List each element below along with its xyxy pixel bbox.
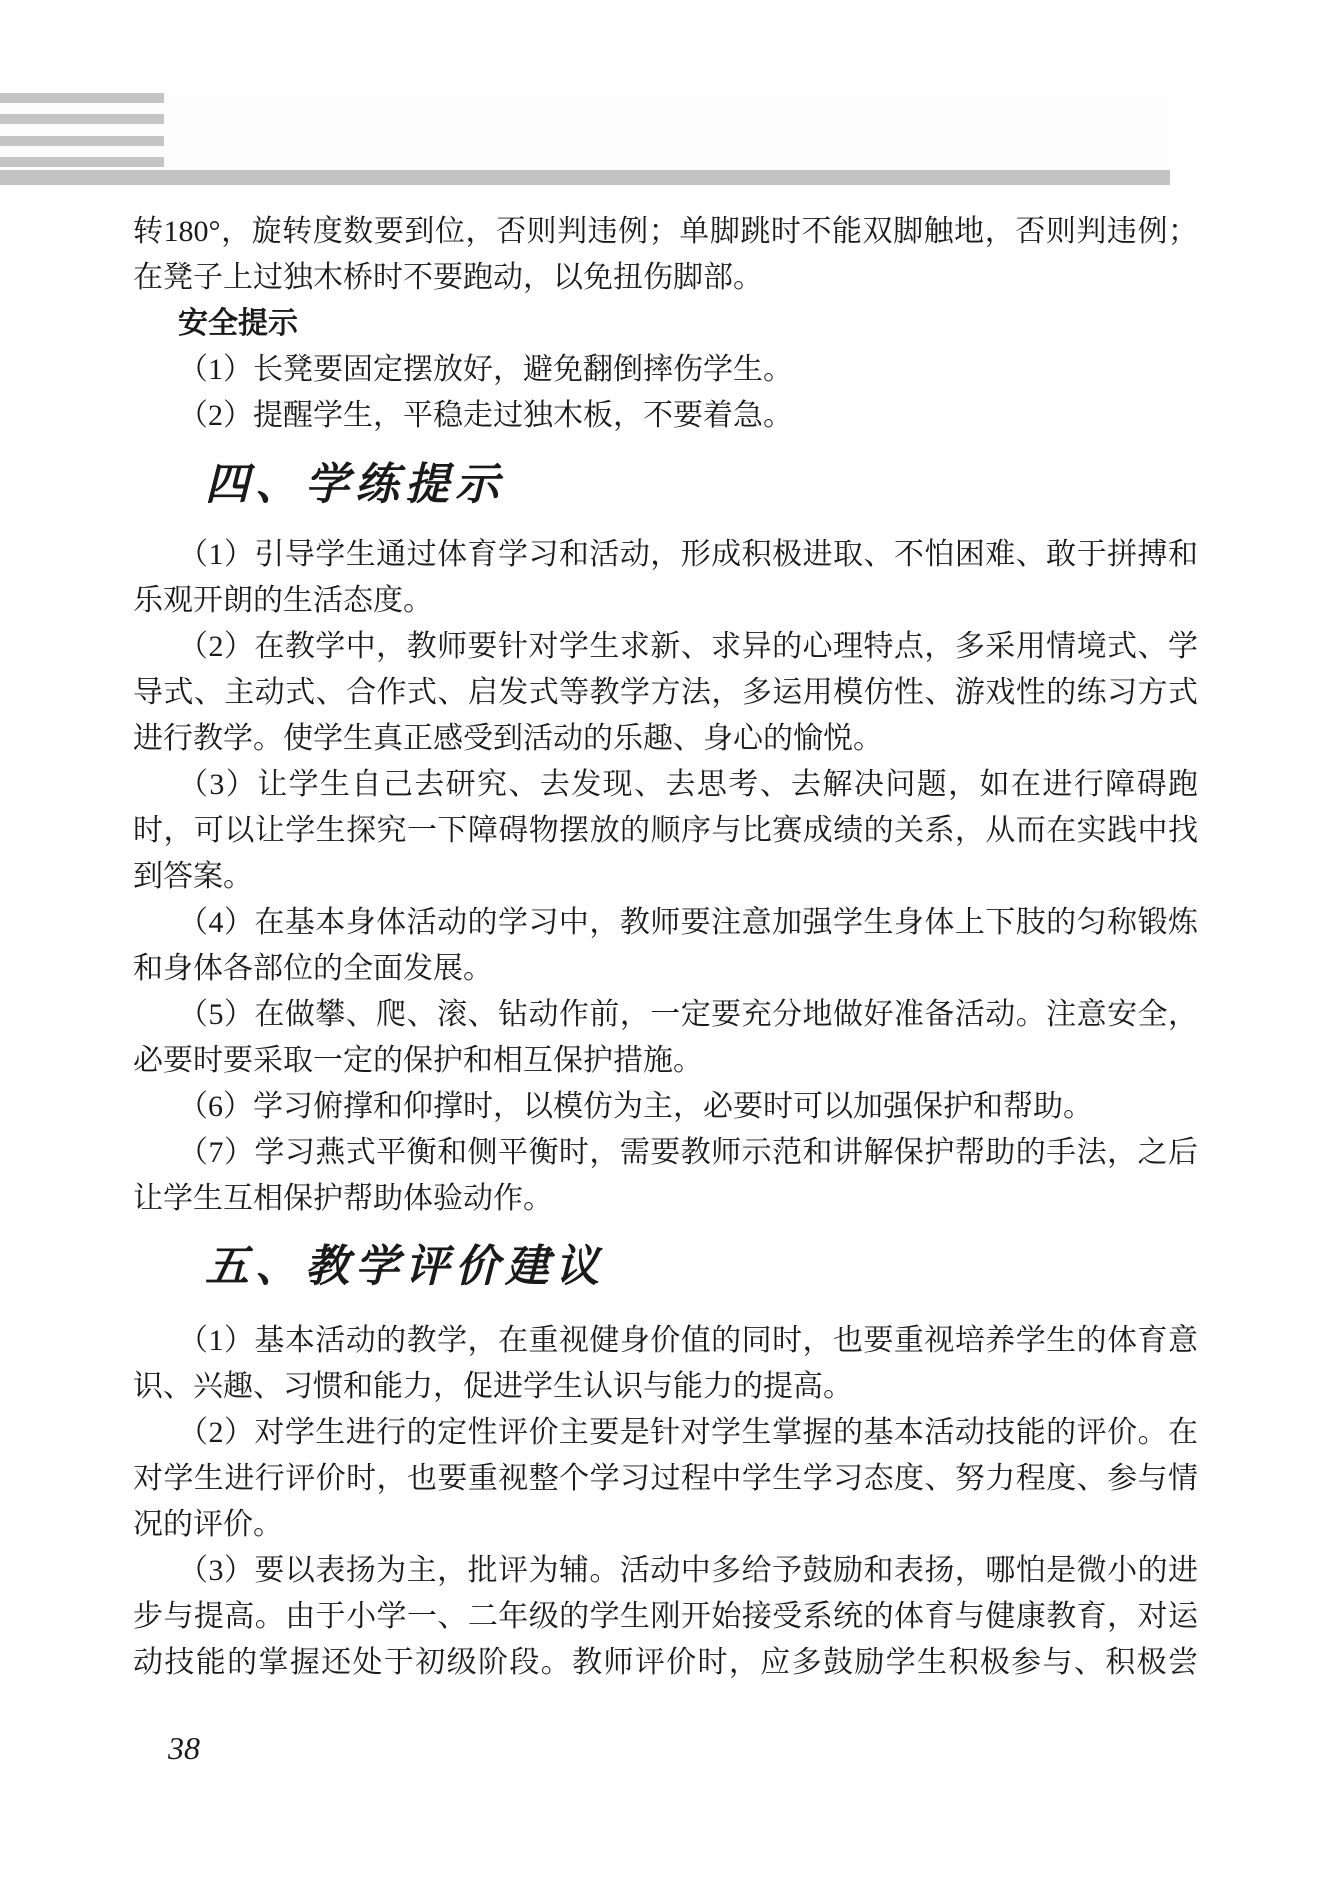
header-stripe <box>0 114 164 124</box>
text-line: 动技能的掌握还处于初级阶段。教师评价时，应多鼓励学生积极参与、积极尝 <box>133 1640 1198 1686</box>
text-line: 必要时要采取一定的保护和相互保护措施。 <box>133 1038 1198 1084</box>
text-line: （1）基本活动的教学，在重视健身价值的同时，也要重视培养学生的体育意 <box>133 1318 1198 1364</box>
text-line: 识、兴趣、习惯和能力，促进学生认识与能力的提高。 <box>133 1364 1198 1410</box>
text-line: 和身体各部位的全面发展。 <box>133 946 1198 992</box>
section-5-paragraphs: （1）基本活动的教学，在重视健身价值的同时，也要重视培养学生的体育意识、兴趣、习… <box>133 1318 1198 1686</box>
paragraph: （1）引导学生通过体育学习和活动，形成积极进取、不怕困难、敢于拼搏和乐观开朗的生… <box>133 532 1198 624</box>
paragraph: （6）学习俯撑和仰撑时，以模仿为主，必要时可以加强保护和帮助。 <box>133 1084 1198 1130</box>
text-line: 时，可以让学生探究一下障碍物摆放的顺序与比赛成绩的关系，从而在实践中找 <box>133 808 1198 854</box>
text-line: 让学生互相保护帮助体验动作。 <box>133 1176 1198 1222</box>
text-line: （1）引导学生通过体育学习和活动，形成积极进取、不怕困难、敢于拼搏和 <box>133 532 1198 578</box>
paragraph: （2）在教学中，教师要针对学生求新、求异的心理特点，多采用情境式、学导式、主动式… <box>133 624 1198 762</box>
paragraph: （5）在做攀、爬、滚、钻动作前，一定要充分地做好准备活动。注意安全，必要时要采取… <box>133 992 1198 1084</box>
text-line: （2）在教学中，教师要针对学生求新、求异的心理特点，多采用情境式、学 <box>133 624 1198 670</box>
page-content: 转180°，旋转度数要到位，否则判违例；单脚跳时不能双脚触地，否则判违例；在凳子… <box>133 209 1198 1686</box>
text-line: 转180°，旋转度数要到位，否则判违例；单脚跳时不能双脚触地，否则判违例； <box>133 209 1198 255</box>
safety-tips-title: 安全提示 <box>133 301 1198 347</box>
paragraph: （3）让学生自己去研究、去发现、去思考、去解决问题，如在进行障碍跑时，可以让学生… <box>133 762 1198 900</box>
text-line: （1）长凳要固定摆放好，避免翻倒摔伤学生。 <box>133 347 1198 393</box>
header-stripe <box>0 136 164 146</box>
text-line: 对学生进行评价时，也要重视整个学习过程中学生学习态度、努力程度、参与情 <box>133 1456 1198 1502</box>
paragraph: 转180°，旋转度数要到位，否则判违例；单脚跳时不能双脚触地，否则判违例；在凳子… <box>133 209 1198 301</box>
text-line: （2）对学生进行的定性评价主要是针对学生掌握的基本活动技能的评价。在 <box>133 1410 1198 1456</box>
paragraph: （1）基本活动的教学，在重视健身价值的同时，也要重视培养学生的体育意识、兴趣、习… <box>133 1318 1198 1410</box>
text-line: 乐观开朗的生活态度。 <box>133 578 1198 624</box>
paragraph: （2）对学生进行的定性评价主要是针对学生掌握的基本活动技能的评价。在对学生进行评… <box>133 1410 1198 1548</box>
text-line: （7）学习燕式平衡和侧平衡时，需要教师示范和讲解保护帮助的手法，之后 <box>133 1130 1198 1176</box>
header-stripe <box>0 157 164 167</box>
section-4-paragraphs: （1）引导学生通过体育学习和活动，形成积极进取、不怕困难、敢于拼搏和乐观开朗的生… <box>133 532 1198 1222</box>
text-line: （2）提醒学生，平稳走过独木板，不要着急。 <box>133 393 1198 439</box>
text-line: （5）在做攀、爬、滚、钻动作前，一定要充分地做好准备活动。注意安全， <box>133 992 1198 1038</box>
paragraph: （3）要以表扬为主，批评为辅。活动中多给予鼓励和表扬，哪怕是微小的进步与提高。由… <box>133 1548 1198 1686</box>
header-stripe <box>0 93 164 103</box>
header-tint <box>0 92 1170 170</box>
safety-tips-items: （1）长凳要固定摆放好，避免翻倒摔伤学生。（2）提醒学生，平稳走过独木板，不要着… <box>133 347 1198 439</box>
intro-paragraphs: 转180°，旋转度数要到位，否则判违例；单脚跳时不能双脚触地，否则判违例；在凳子… <box>133 209 1198 301</box>
section-heading-4: 四、学练提示 <box>205 454 1198 516</box>
text-line: （3）要以表扬为主，批评为辅。活动中多给予鼓励和表扬，哪怕是微小的进 <box>133 1548 1198 1594</box>
text-line: 进行教学。使学生真正感受到活动的乐趣、身心的愉悦。 <box>133 716 1198 762</box>
text-line: 步与提高。由于小学一、二年级的学生刚开始接受系统的体育与健康教育，对运 <box>133 1594 1198 1640</box>
section-heading-5: 五、教学评价建议 <box>205 1236 1198 1298</box>
page-number: 38 <box>168 1728 200 1768</box>
text-line: （4）在基本身体活动的学习中，教师要注意加强学生身体上下肢的匀称锻炼 <box>133 900 1198 946</box>
text-line: 导式、主动式、合作式、启发式等教学方法，多运用模仿性、游戏性的练习方式 <box>133 670 1198 716</box>
text-line: （3）让学生自己去研究、去发现、去思考、去解决问题，如在进行障碍跑 <box>133 762 1198 808</box>
text-line: 况的评价。 <box>133 1502 1198 1548</box>
header-bar <box>0 170 1170 185</box>
text-line: 到答案。 <box>133 854 1198 900</box>
paragraph: （7）学习燕式平衡和侧平衡时，需要教师示范和讲解保护帮助的手法，之后让学生互相保… <box>133 1130 1198 1222</box>
text-line: （6）学习俯撑和仰撑时，以模仿为主，必要时可以加强保护和帮助。 <box>133 1084 1198 1130</box>
paragraph: （4）在基本身体活动的学习中，教师要注意加强学生身体上下肢的匀称锻炼和身体各部位… <box>133 900 1198 992</box>
text-line: 在凳子上过独木桥时不要跑动，以免扭伤脚部。 <box>133 255 1198 301</box>
